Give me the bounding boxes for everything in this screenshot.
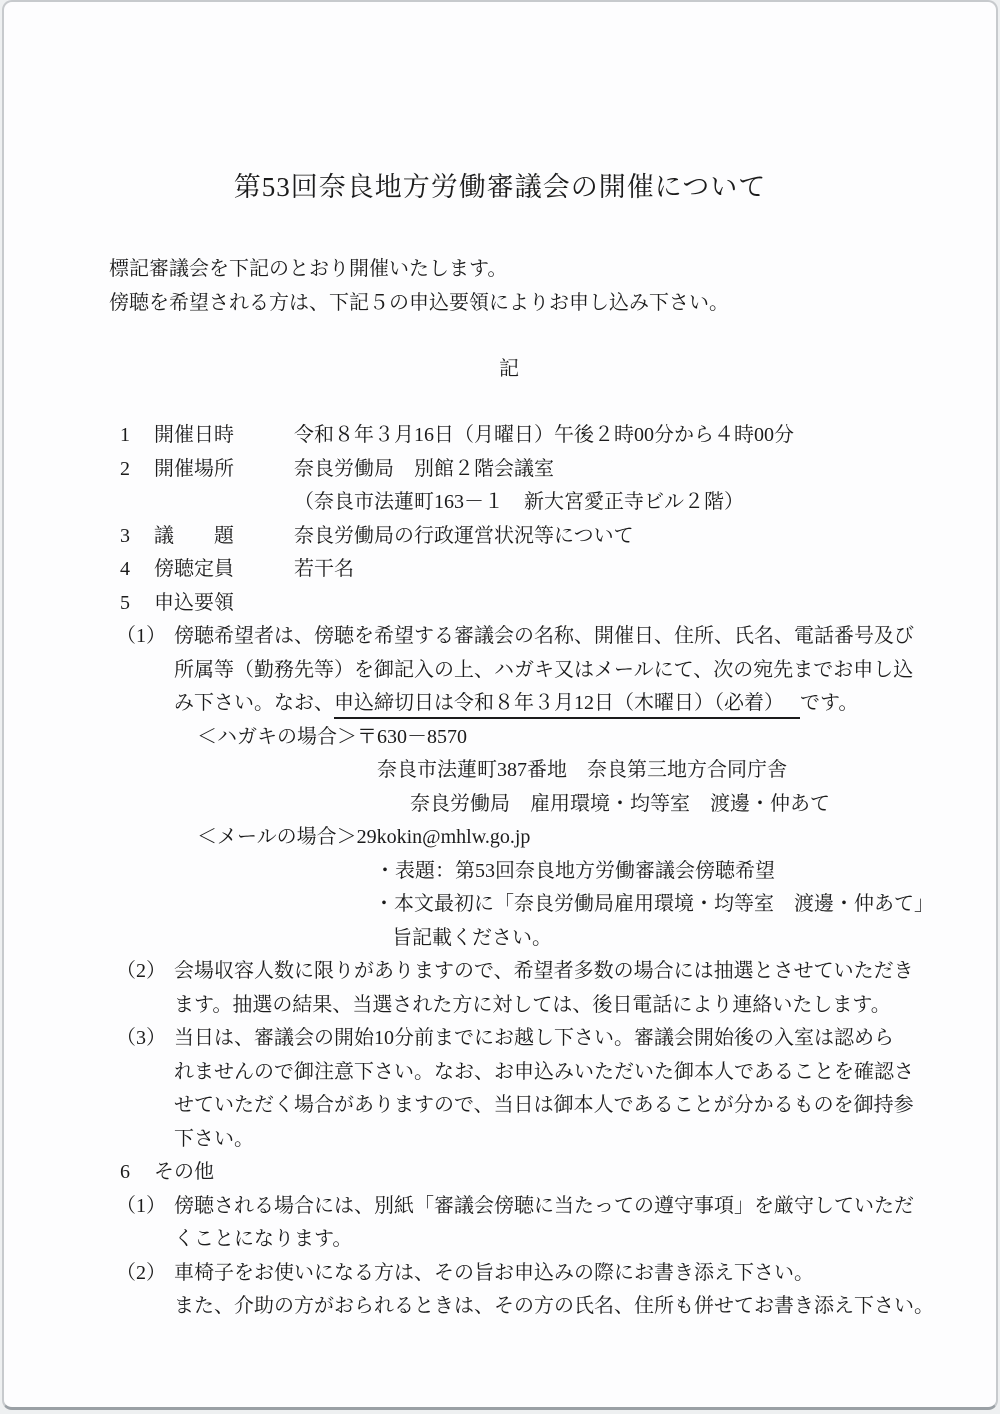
item-moshikomi-yoryo: 5申込要領: [4, 587, 996, 621]
intro-line-2: 傍聴を希望される方は、下記５の申込要領によりお申し込み下さい。: [4, 287, 996, 321]
sec5-p2-line1: （2）会場収容人数に限りがありますので、希望者多数の場合には抽選とさせていただき: [4, 955, 996, 989]
sec5-p3-line1: （3）当日は、審議会の開始10分前までにお越し下さい。審議会開始後の入室は認めら: [4, 1022, 996, 1056]
item-value: 若干名: [294, 558, 354, 580]
item-gidai: 3議 題奈良労働局の行政運営状況等について: [4, 520, 996, 554]
item-label: 傍聴定員: [154, 553, 294, 587]
paragraph-text: 車椅子をお使いになる方は、その旨お申込みの際にお書き添え下さい。: [174, 1262, 814, 1284]
document-page: 第53回奈良地方労働審議会の開催について 標記審議会を下記のとおり開催いたします…: [2, 0, 998, 1410]
sec6-p1-line1: （1）傍聴される場合には、別紙「審議会傍聴に当たっての遵守事項」を厳守していただ: [4, 1190, 996, 1224]
postal-address-1: 奈良市法蓮町387番地 奈良第三地方合同庁舎: [4, 754, 996, 788]
mail-note-body: ・本文最初に「奈良労働局雇用環境・均等室 渡邊・仲あて」: [4, 888, 996, 922]
postal-zip: 〒630－8570: [357, 726, 467, 748]
item-label: その他: [154, 1161, 214, 1183]
item-label: 開催場所: [154, 453, 294, 487]
item-number: 1: [120, 419, 154, 453]
sec5-p1-line1: （1）傍聴希望者は、傍聴を希望する審議会の名称、開催日、住所、氏名、電話番号及び: [4, 620, 996, 654]
paragraph-marker: （1）: [116, 620, 174, 654]
deadline-underlined-text: 申込締切日は令和８年３月12日（木曜日）（必着）: [334, 692, 800, 719]
paragraph-text: 会場収容人数に限りがありますので、希望者多数の場合には抽選とさせていただき: [174, 960, 914, 982]
item-bocho-teiin: 4傍聴定員若干名: [4, 553, 996, 587]
mail-address: 29kokin@mhlw.go.jp: [357, 826, 531, 848]
document-title: 第53回奈良地方労働審議会の開催について: [4, 167, 996, 207]
item-kaisai-basho: 2開催場所奈良労働局 別館２階会議室: [4, 453, 996, 487]
sec5-p3-line2: れませんので御注意下さい。なお、お申込みいただいた御本人であることを確認さ: [4, 1056, 996, 1090]
paragraph-text: 当日は、審議会の開始10分前までにお越し下さい。審議会開始後の入室は認めら: [174, 1027, 894, 1049]
sec5-p3-line3: せていただく場合がありますので、当日は御本人であることが分かるものを御持参: [4, 1089, 996, 1123]
postal-case-label: ＜ハガキの場合＞: [197, 726, 357, 748]
sec6-p2-line1: （2）車椅子をお使いになる方は、その旨お申込みの際にお書き添え下さい。: [4, 1257, 996, 1291]
sec6-p2-line2: また、介助の方がおられるときは、その方の氏名、住所も併せてお書き添え下さい。: [4, 1290, 996, 1324]
item-number: 6: [120, 1156, 154, 1190]
paragraph-marker: （1）: [116, 1190, 174, 1224]
paragraph-marker: （3）: [116, 1022, 174, 1056]
paragraph-text: 傍聴される場合には、別紙「審議会傍聴に当たっての遵守事項」を厳守していただ: [174, 1195, 914, 1217]
postal-case-line: ＜ハガキの場合＞〒630－8570: [4, 721, 996, 755]
paragraph-marker: （2）: [116, 955, 174, 989]
item-label: 開催日時: [154, 419, 294, 453]
paragraph-text: 傍聴希望者は、傍聴を希望する審議会の名称、開催日、住所、氏名、電話番号及び: [174, 625, 914, 647]
item-value: 令和８年３月16日（月曜日）午後２時00分から４時00分: [294, 424, 794, 446]
item-kaisai-basho-address: （奈良市法蓮町163－１ 新大宮愛正寺ビル２階）: [4, 486, 996, 520]
sec5-p1-line2: 所属等（勤務先等）を御記入の上、ハガキ又はメールにて、次の宛先までお申し込: [4, 654, 996, 688]
document-body: 1開催日時令和８年３月16日（月曜日）午後２時00分から４時00分 2開催場所奈…: [4, 419, 996, 1324]
item-value: 奈良労働局の行政運営状況等について: [294, 525, 634, 547]
item-kaisai-nichiji: 1開催日時令和８年３月16日（月曜日）午後２時00分から４時00分: [4, 419, 996, 453]
item-number: 3: [120, 520, 154, 554]
item-number: 4: [120, 553, 154, 587]
paragraph-marker: （2）: [116, 1257, 174, 1291]
intro-line-1: 標記審議会を下記のとおり開催いたします。: [4, 253, 996, 287]
mail-case-label: ＜メールの場合＞: [197, 826, 357, 848]
mail-note-subject: ・表題：第53回奈良地方労働審議会傍聴希望: [4, 855, 996, 889]
sec5-p1-line3: み下さい。なお、申込締切日は令和８年３月12日（木曜日）（必着）です。: [4, 687, 996, 721]
item-label: 議 題: [154, 520, 294, 554]
item-value: 奈良労働局 別館２階会議室: [294, 458, 554, 480]
mail-case-line: ＜メールの場合＞29kokin@mhlw.go.jp: [4, 821, 996, 855]
sec6-p1-line2: くことになります。: [4, 1223, 996, 1257]
mail-note-body-cont: 旨記載ください。: [4, 922, 996, 956]
sec5-p2-line2: ます。抽選の結果、当選された方に対しては、後日電話により連絡いたします。: [4, 989, 996, 1023]
ki-heading: 記: [109, 353, 909, 387]
section6-heading: 6その他: [4, 1156, 996, 1190]
paragraph-text: です。: [800, 692, 858, 714]
item-label: 申込要領: [154, 587, 294, 621]
item-number: 2: [120, 453, 154, 487]
postal-address-2: 奈良労働局 雇用環境・均等室 渡邊・仲あて: [4, 788, 996, 822]
paragraph-text: み下さい。なお、: [174, 692, 334, 714]
intro-paragraph: 標記審議会を下記のとおり開催いたします。 傍聴を希望される方は、下記５の申込要領…: [4, 253, 996, 320]
sec5-p3-line4: 下さい。: [4, 1123, 996, 1157]
item-number: 5: [120, 587, 154, 621]
